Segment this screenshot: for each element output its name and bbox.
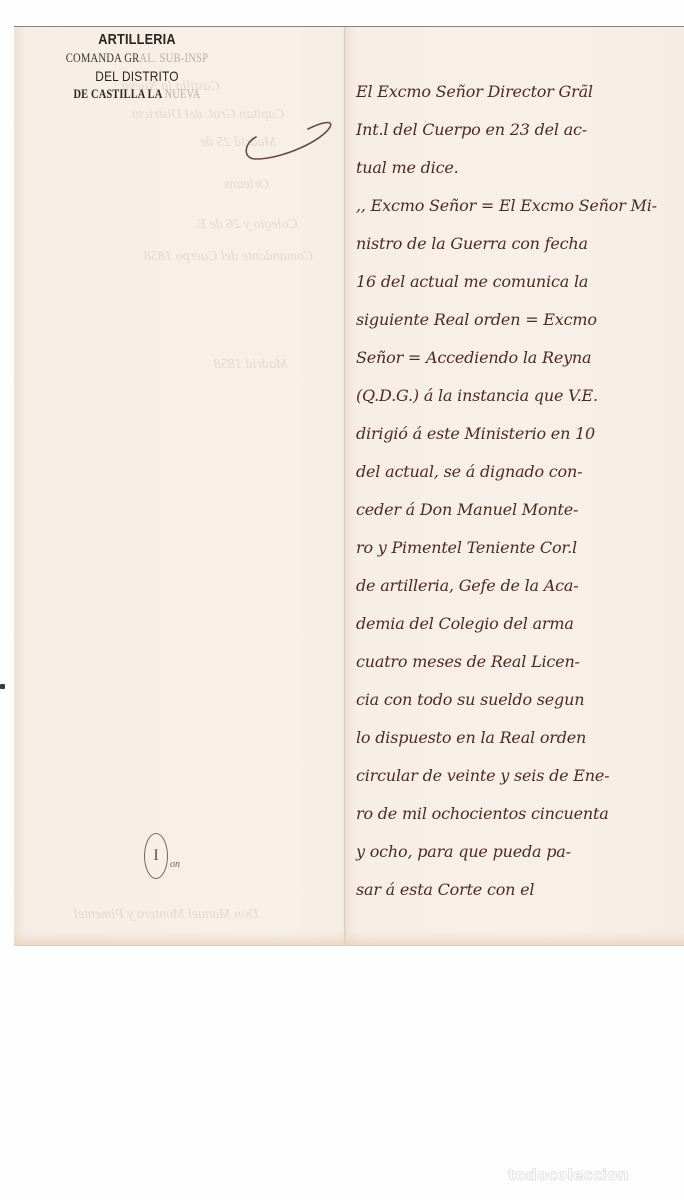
bleed-through-text: Don Manuel Montero y Pimentel: [74, 907, 259, 923]
bleed-through-text: Capitan Gral. del Districto: [132, 107, 284, 123]
handwritten-line: y ocho, para que pueda pa-: [356, 833, 684, 871]
stamp-line-2-dark: COMANDA GR: [66, 50, 140, 65]
bleed-through-text: Colegio y 26 de E.: [194, 217, 298, 233]
bleed-through-text: Castilla la Nueva: [122, 79, 220, 95]
handwritten-line: El Excmo Señor Director Grãl: [356, 73, 684, 111]
handwritten-line: cuatro meses de Real Licen-: [356, 643, 684, 681]
left-page: ARTILLERIA COMANDA GRAL. SUB-INSP DEL DI…: [14, 27, 344, 945]
watermark-logo: todocoleccion: [508, 1166, 629, 1184]
margin-annotation-suffix: on: [170, 859, 180, 870]
handwritten-line: del actual, se á dignado con-: [356, 453, 684, 491]
scan-artifact-dot: [0, 684, 5, 689]
handwritten-line: ro de mil ochocientos cincuenta: [356, 795, 684, 833]
manuscript-sheet: ARTILLERIA COMANDA GRAL. SUB-INSP DEL DI…: [14, 26, 684, 945]
handwritten-line: dirigió á este Ministerio en 10: [356, 415, 684, 453]
stamp-line-2: COMANDA GRAL. SUB-INSP: [51, 49, 223, 67]
handwritten-line: nistro de la Guerra con fecha: [356, 225, 684, 263]
handwritten-line: de artilleria, Gefe de la Aca-: [356, 567, 684, 605]
handwritten-letter-body: El Excmo Señor Director Grãl Int.l del C…: [356, 73, 684, 909]
handwritten-line: ceder á Don Manuel Monte-: [356, 491, 684, 529]
handwritten-line: ro y Pimentel Teniente Cor.l: [356, 529, 684, 567]
bleed-through-text: Madrid 25 de: [200, 135, 276, 151]
handwritten-line: Señor = Accediendo la Reyna: [356, 339, 684, 377]
handwritten-line: ,, Excmo Señor = El Excmo Señor Mi-: [356, 187, 684, 225]
document-scan: ARTILLERIA COMANDA GRAL. SUB-INSP DEL DI…: [0, 0, 684, 1200]
bleed-through-text: Orleans: [224, 177, 269, 193]
circled-mark: I: [144, 833, 168, 879]
bleed-through-text: Madrid 1858: [214, 357, 288, 373]
stamp-line-2-faint: AL. SUB-INSP: [139, 50, 208, 65]
handwritten-line: demia del Colegio del arma: [356, 605, 684, 643]
handwritten-line: circular de veinte y seis de Ene-: [356, 757, 684, 795]
handwritten-line: 16 del actual me comunica la: [356, 263, 684, 301]
handwritten-line: Int.l del Cuerpo en 23 del ac-: [356, 111, 684, 149]
handwritten-line: tual me dice.: [356, 149, 684, 187]
margin-annotation: I on: [144, 833, 168, 879]
handwritten-line: cia con todo su sueldo segun: [356, 681, 684, 719]
handwritten-line: (Q.D.G.) á la instancia que V.E.: [356, 377, 684, 415]
handwritten-line: siguiente Real orden = Excmo: [356, 301, 684, 339]
stamp-line-1: ARTILLERIA: [48, 31, 227, 49]
bleed-through-text: Comandante del Cuerpo 1858: [144, 249, 313, 265]
handwritten-line: sar á esta Corte con el: [356, 871, 684, 909]
right-page: El Excmo Señor Director Grãl Int.l del C…: [346, 27, 684, 945]
handwritten-line: lo dispuesto en la Real orden: [356, 719, 684, 757]
